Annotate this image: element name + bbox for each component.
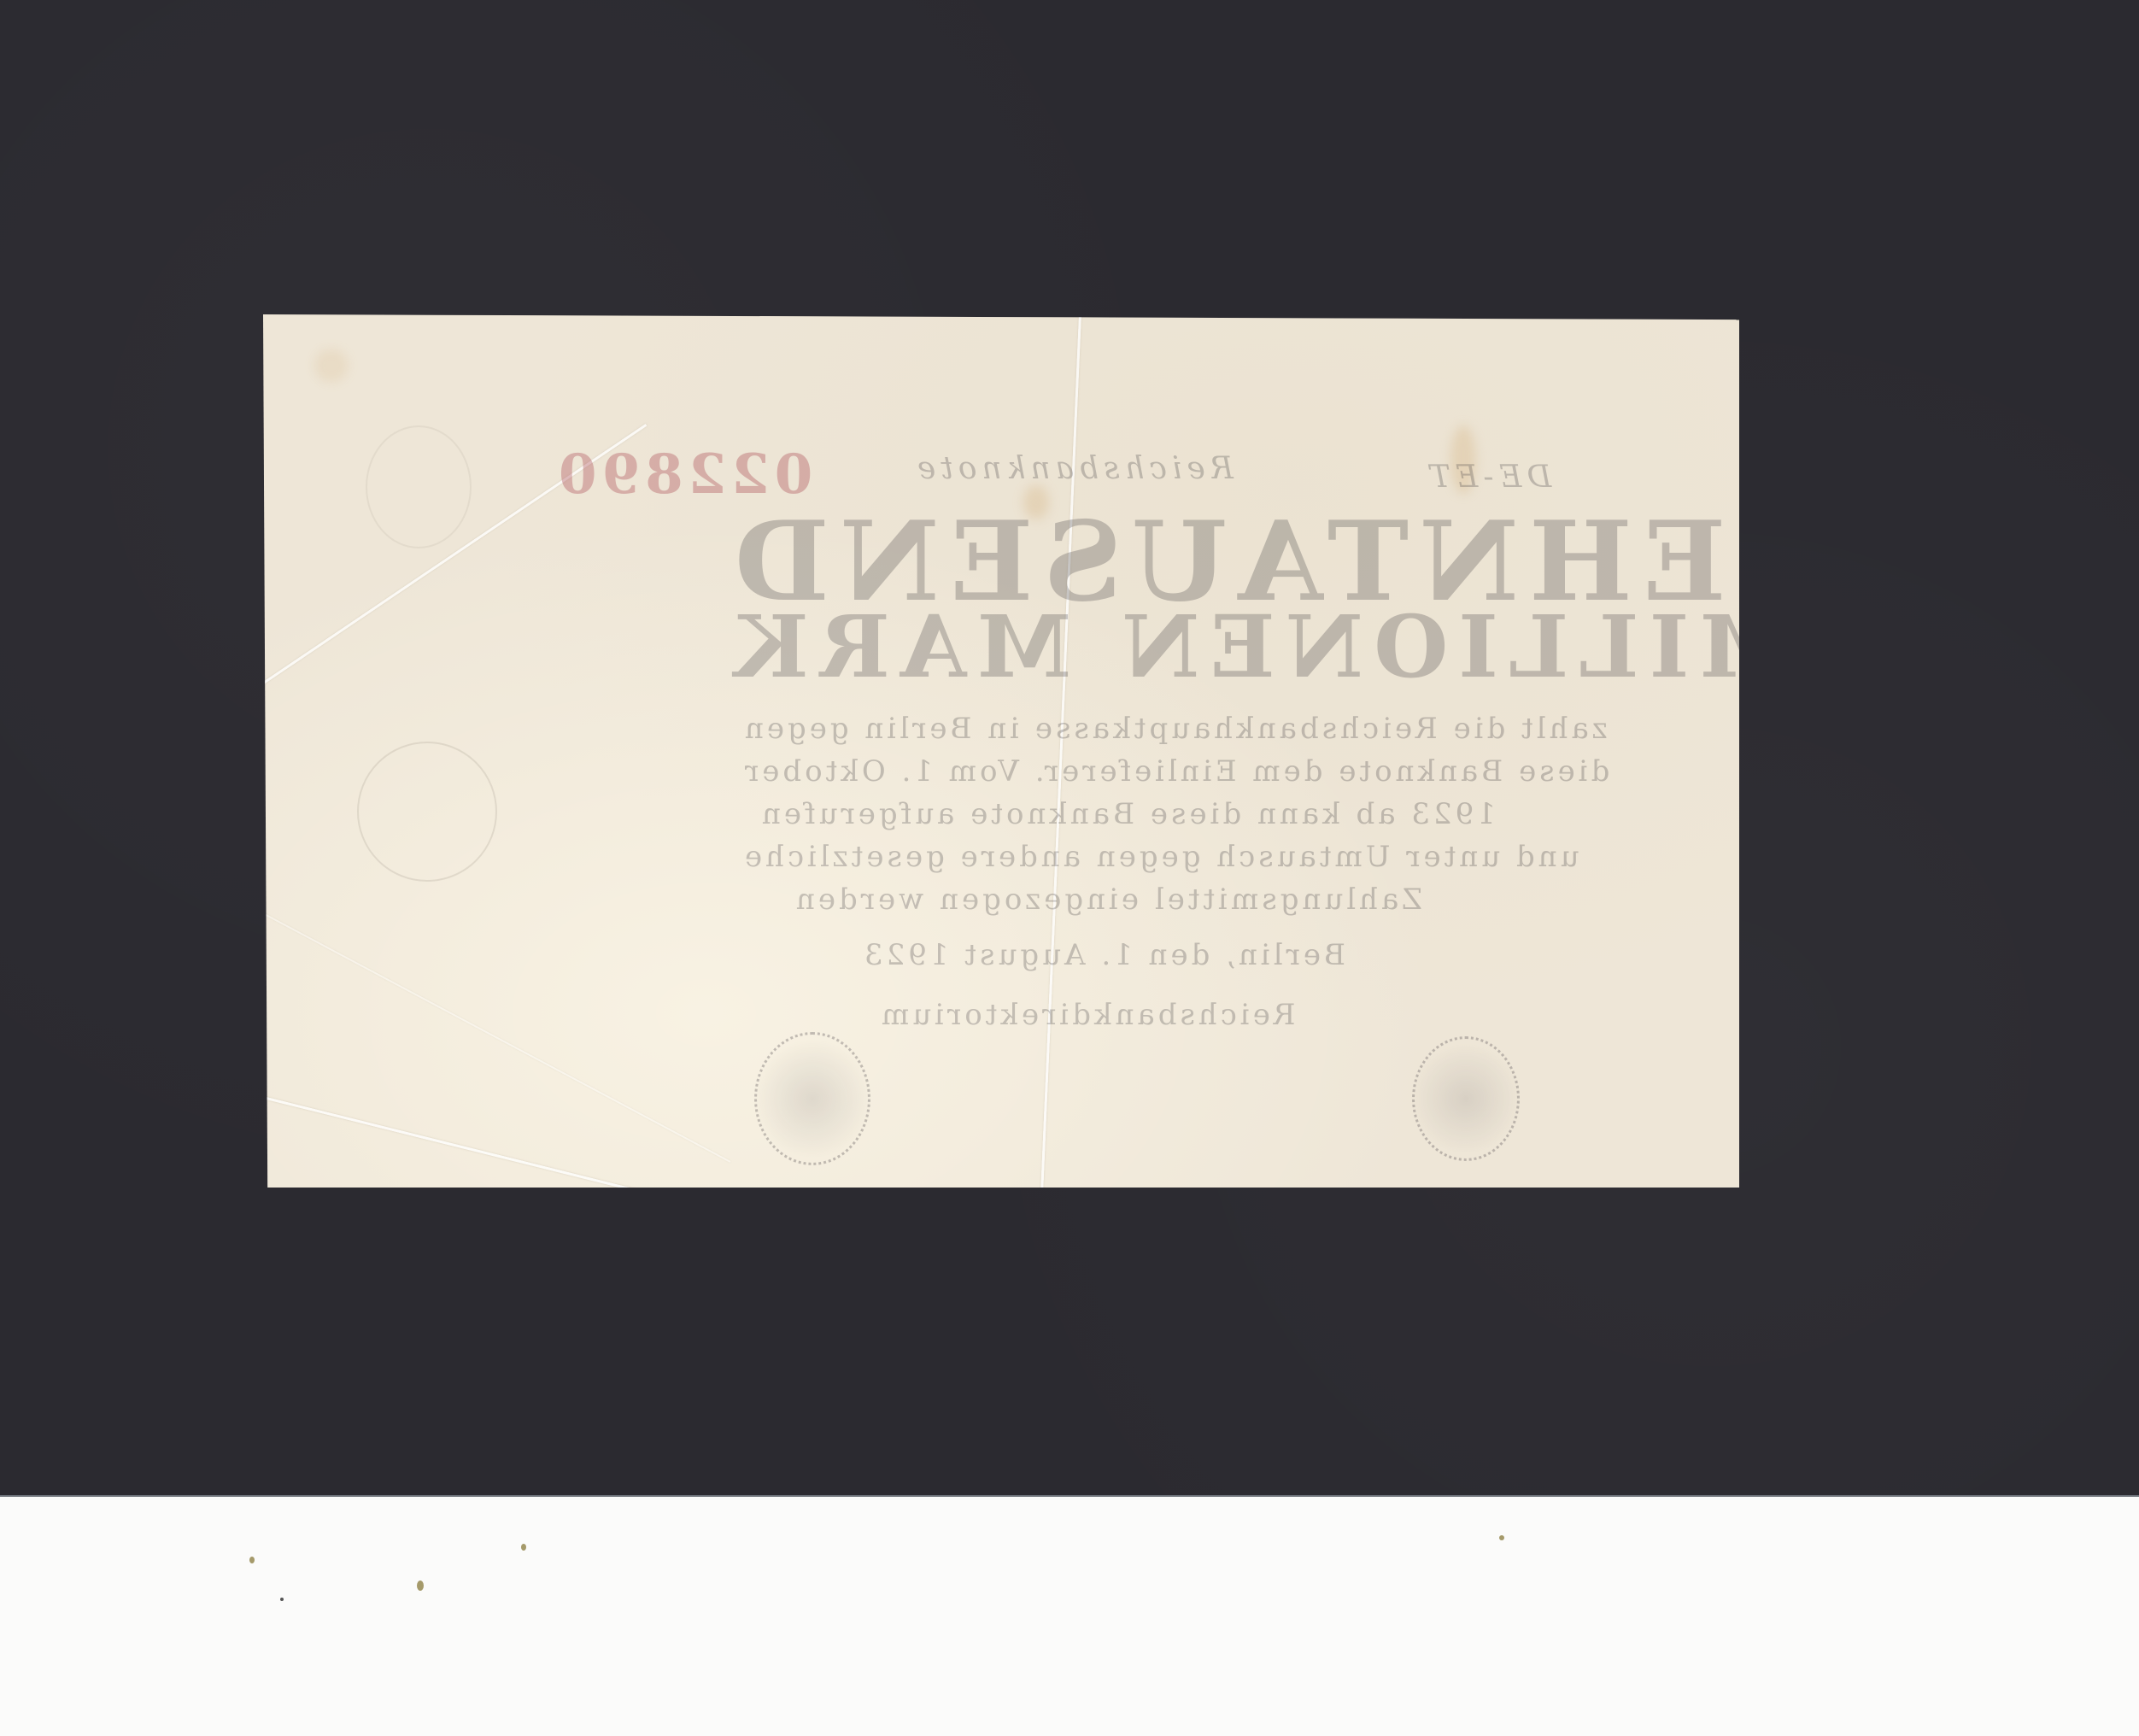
watermark-circle [366,425,472,548]
banknote-reverse: 022890 DE-ET Reichsbanknote ZEHNTAUSEND … [263,314,1739,1188]
series-show-through: DE-ET [1425,460,1551,495]
watermark-circle [357,742,497,882]
body-text-line: zahlt die Reichsbankhauptkasse in Berlin… [741,712,1608,746]
body-text-line: diese Banknote dem Einlieferer. Vom 1. O… [741,754,1609,789]
seal-left-show-through [754,1032,870,1165]
body-text-line: Zahlungsmittel eingezogen werden [793,883,1422,917]
seal-right-show-through [1412,1036,1520,1161]
fold-line-diagonal-bottom-2 [262,912,730,1163]
denomination-line-2-show-through: MILLIONEN MARK [724,596,1794,697]
body-text-line: 1923 ab kann diese Banknote aufgerufen [759,797,1496,831]
body-text-line: Berlin, den 1. August 1923 [861,938,1345,972]
body-text-line: und unter Umtausch gegen andere gesetzli… [741,840,1579,874]
issuer-script-show-through: Reichsbanknote [912,451,1234,486]
serial-number-show-through: 022890 [554,443,812,507]
white-scan-margin [0,1495,2139,1736]
body-text-line: Reichsbankdirektorium [878,998,1296,1032]
